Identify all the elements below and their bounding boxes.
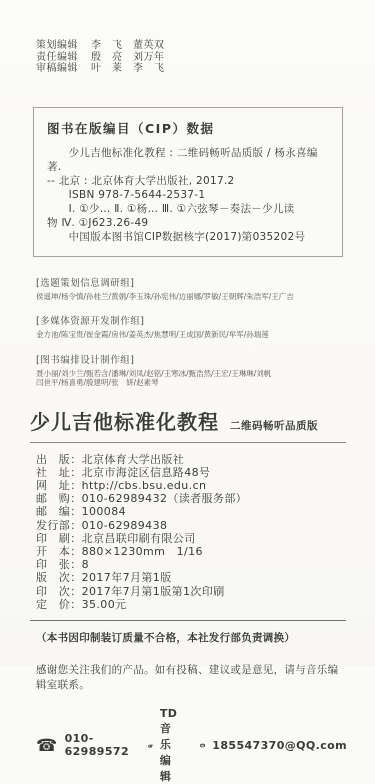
editor-credit-row: 责任编辑殷 亮 刘万年: [36, 52, 347, 64]
credit-group-names: 聂小丽/刘少兰/甄若含/潘琳/刘凤/赵铭/王寒冰/甄浩然/王宏/王琳琳/刘帆 闫…: [36, 369, 347, 388]
cip-line: Ⅰ. ①少… Ⅱ. ①杨… Ⅲ. ①六弦琴－奏法－少儿读: [47, 202, 329, 216]
editor-names: 李 飞 董英双: [91, 40, 165, 51]
publication-value: 2017年7月第1版第1次印刷: [82, 585, 225, 598]
publication-info-list: 出 版：北京体育大学出版社 社 址：北京市海淀区信息路48号 网 址：http:…: [36, 453, 347, 611]
colophon-page: 策划编辑李 飞 董英双 责任编辑殷 亮 刘万年 审稿编辑叶 莱 李 飞 图书在版…: [0, 0, 375, 666]
editor-names: 叶 莱 李 飞: [91, 63, 165, 74]
cip-title: 图书在版编目（CIP）数据: [47, 119, 329, 137]
book-subtitle: 二维码畅听品质版: [230, 418, 318, 433]
credit-group-title: [图书编排设计制作组]: [36, 352, 347, 366]
cip-lines: 少儿吉他标准化教程 : 二维码畅听品质版 / 杨永喜编著. -- 北京 : 北京…: [47, 146, 329, 244]
cip-line: 少儿吉他标准化教程 : 二维码畅听品质版 / 杨永喜编著.: [47, 146, 329, 174]
cip-box: 图书在版编目（CIP）数据 少儿吉他标准化教程 : 二维码畅听品质版 / 杨永喜…: [33, 107, 343, 257]
publication-row: 印 刷：北京昌联印刷有限公司: [36, 532, 347, 545]
publication-row: 网 址：http://cbs.bsu.edu.cn: [36, 479, 347, 492]
publication-row: 印 次：2017年7月第1版第1次印刷: [36, 585, 347, 598]
editor-credit-row: 策划编辑李 飞 董英双: [36, 40, 347, 52]
editor-role: 责任编辑: [36, 52, 78, 63]
cip-line: 物 Ⅳ. ①J623.26-49: [47, 216, 329, 230]
publication-value: 北京体育大学出版社: [82, 453, 185, 466]
credit-group-names: 侯遥坤/杨令慎/孙桂兰/黄娟/李玉珠/孙宪伟/边丽娜/罗敏/王朝辉/朱浩军/王广…: [36, 292, 347, 302]
publication-row: 邮 编：100084: [36, 505, 347, 518]
thanks-note: 感谢您关注我们的产品。如有投稿、建议或是意见，请与音乐编辑室联系。: [36, 662, 347, 666]
cip-line: ISBN 978-7-5644-2537-1: [47, 188, 329, 202]
publication-value: 8: [82, 558, 89, 571]
staff-credit-groups: [选题策划信息调研组] 侯遥坤/杨令慎/孙桂兰/黄娟/李玉珠/孙宪伟/边丽娜/罗…: [36, 275, 347, 388]
publication-label: 发行部：: [36, 519, 82, 532]
publication-label: 开 本：: [36, 545, 82, 558]
book-title: 少儿吉他标准化教程: [30, 406, 219, 435]
publication-row: 开 本：880×1230mm 1/16: [36, 545, 347, 558]
cip-line: 中国版本图书馆CIP数据核字(2017)第035202号: [47, 230, 329, 244]
credit-group-names: 金方池/陈宝贵/崔金霞/房伟/姜英杰/焦慧明/王成国/黄新民/牟军/孙瑞莲: [36, 330, 347, 340]
publication-value: 2017年7月第1版: [82, 571, 172, 584]
publication-row: 出 版：北京体育大学出版社: [36, 453, 347, 466]
publication-label: 印 次：: [36, 585, 82, 598]
editor-role: 审稿编辑: [36, 63, 78, 74]
publication-row: 版 次：2017年7月第1版: [36, 571, 347, 584]
publication-value: 35.00元: [82, 598, 127, 611]
cip-line: -- 北京 : 北京体育大学出版社, 2017.2: [47, 174, 329, 188]
publication-label: 社 址：: [36, 466, 82, 479]
publication-label: 邮 编：: [36, 505, 82, 518]
exchange-note: （本书因印制装订质量不合格，本社发行部负责调换）: [36, 630, 347, 645]
publication-value: 北京昌联印刷有限公司: [82, 532, 196, 545]
publication-value: 010-62989432（读者服务部）: [82, 492, 248, 505]
publication-row: 印 张：8: [36, 558, 347, 571]
publication-value: 010-62989438: [82, 519, 168, 532]
credit-group-title: [多媒体资源开发制作组]: [36, 313, 347, 327]
credit-group: [选题策划信息调研组] 侯遥坤/杨令慎/孙桂兰/黄娟/李玉珠/孙宪伟/边丽娜/罗…: [36, 275, 347, 302]
publication-label: 印 张：: [36, 558, 82, 571]
bottom-divider: [30, 620, 346, 621]
credit-group: [图书编排设计制作组] 聂小丽/刘少兰/甄若含/潘琳/刘凤/赵铭/王寒冰/甄浩然…: [36, 352, 347, 388]
publication-label: 版 次：: [36, 571, 82, 584]
editor-credits: 策划编辑李 飞 董英双 责任编辑殷 亮 刘万年 审稿编辑叶 莱 李 飞: [36, 40, 347, 75]
publication-label: 出 版：: [36, 453, 82, 466]
publication-value: http://cbs.bsu.edu.cn: [82, 479, 207, 492]
publication-value: 北京市海淀区信息路48号: [82, 466, 211, 479]
credit-group: [多媒体资源开发制作组] 金方池/陈宝贵/崔金霞/房伟/姜英杰/焦慧明/王成国/…: [36, 313, 347, 340]
editor-role: 策划编辑: [36, 40, 78, 51]
publication-row: 邮 购：010-62989432（读者服务部）: [36, 492, 347, 505]
publication-label: 网 址：: [36, 479, 82, 492]
publication-label: 印 刷：: [36, 532, 82, 545]
publication-row: 发行部：010-62989438: [36, 519, 347, 532]
publication-row: 社 址：北京市海淀区信息路48号: [36, 466, 347, 479]
editor-credit-row: 审稿编辑叶 莱 李 飞: [36, 63, 347, 75]
publication-value: 880×1230mm 1/16: [82, 545, 203, 558]
title-block: 少儿吉他标准化教程 二维码畅听品质版: [30, 406, 346, 443]
credit-group-title: [选题策划信息调研组]: [36, 275, 347, 289]
publication-label: 邮 购：: [36, 492, 82, 505]
publication-row: 定 价：35.00元: [36, 598, 347, 611]
publication-label: 定 价：: [36, 598, 82, 611]
editor-names: 殷 亮 刘万年: [91, 52, 165, 63]
publication-value: 100084: [82, 505, 126, 518]
